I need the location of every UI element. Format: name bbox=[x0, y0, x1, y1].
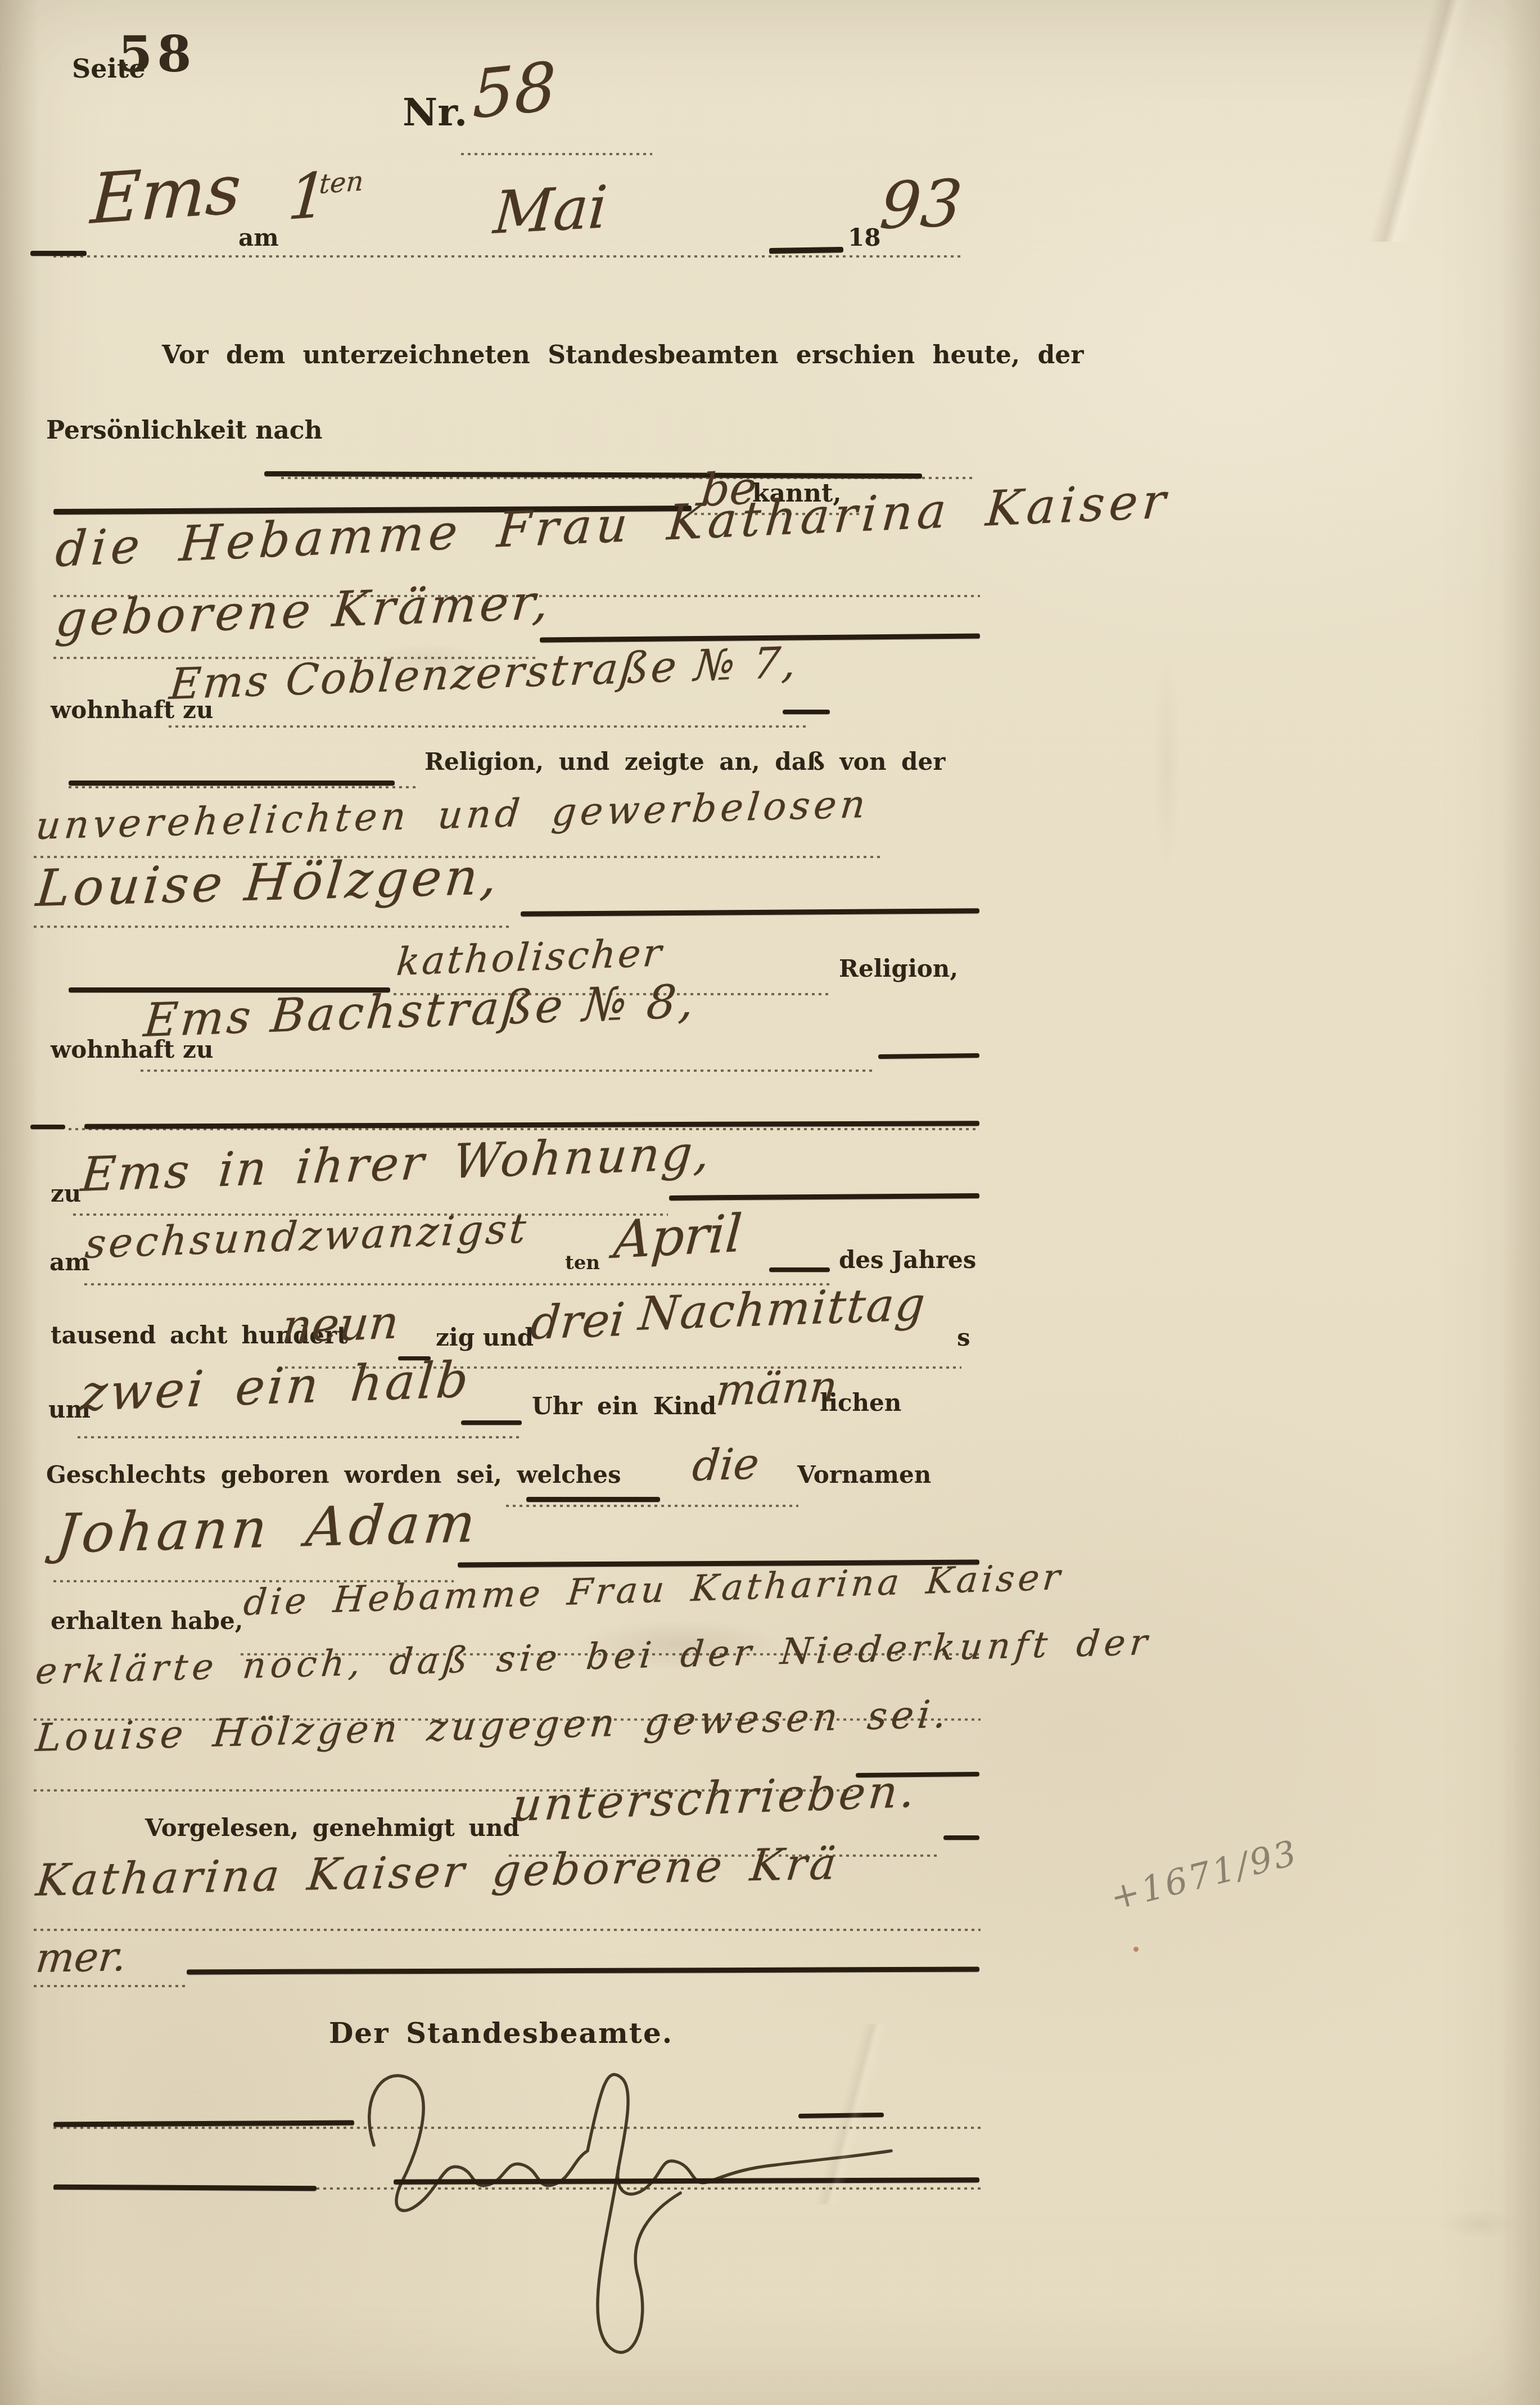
ink-stroke bbox=[521, 908, 979, 917]
ink-stroke bbox=[783, 710, 830, 714]
closing-line3: Louise Hölzgen zugegen gewesen sei. bbox=[34, 1692, 952, 1761]
dotted-leader bbox=[141, 1070, 875, 1072]
ink-stroke bbox=[30, 1125, 65, 1129]
vorgelesen-label: Vorgelesen, genehmigt und bbox=[145, 1814, 520, 1842]
dotted-leader bbox=[78, 1436, 521, 1438]
ink-stroke bbox=[526, 1497, 660, 1502]
dotted-leader bbox=[69, 786, 417, 788]
religion-label: Religion, bbox=[839, 955, 958, 982]
dateline-year: 93 bbox=[877, 165, 965, 243]
zu-label: zu bbox=[51, 1180, 81, 1207]
birth-month: April bbox=[612, 1203, 744, 1270]
page-number: 58 bbox=[118, 25, 196, 83]
lichen-label: lichen bbox=[820, 1389, 901, 1416]
ink-stroke bbox=[30, 251, 87, 256]
birth-time: zwei ein halb bbox=[79, 1350, 473, 1422]
die-hand: die bbox=[690, 1438, 761, 1491]
ink-stroke bbox=[769, 1267, 830, 1272]
paper-stain bbox=[1147, 619, 1186, 911]
paper-stain bbox=[1428, 2204, 1529, 2244]
daytime: Nachmittag bbox=[636, 1278, 928, 1341]
closing-line1: die Hebamme Frau Katharina Kaiser bbox=[242, 1556, 1065, 1624]
mother-address: Ems Bachstraße № 8, bbox=[142, 974, 699, 1048]
ink-stroke bbox=[878, 1053, 979, 1059]
intro-line1: Vor dem unterzeichneten Standesbeamten e… bbox=[162, 341, 1083, 369]
dotted-leader bbox=[53, 2127, 981, 2129]
erhalten-label: erhalten habe, bbox=[51, 1607, 243, 1635]
dotted-leader bbox=[169, 725, 810, 728]
mother-name: Louise Hölzgen, bbox=[34, 847, 503, 918]
dateline-day-suffix: ten bbox=[318, 165, 364, 200]
zig-und-label: zig und bbox=[436, 1324, 534, 1351]
year-decade: neun bbox=[280, 1296, 401, 1353]
ink-stroke bbox=[669, 1193, 979, 1201]
ten-label: ten bbox=[565, 1252, 600, 1274]
unterschrieben-hand: unterschrieben. bbox=[511, 1765, 920, 1831]
ink-stroke bbox=[53, 2185, 317, 2191]
dotted-leader bbox=[461, 153, 652, 155]
witness-signature-line2: mer. bbox=[34, 1933, 129, 1982]
standesbeamte-signature bbox=[270, 2052, 916, 2367]
record-number-label: Nr. bbox=[403, 90, 467, 135]
mother-religion: katholischer bbox=[395, 931, 665, 985]
ink-stroke bbox=[187, 1967, 979, 1975]
dateline-place: Ems bbox=[89, 148, 243, 240]
dotted-leader bbox=[506, 1505, 798, 1507]
year-unit: drei bbox=[529, 1293, 627, 1350]
dateline-century-label: 18 bbox=[848, 224, 880, 251]
dotted-leader bbox=[34, 1929, 981, 1931]
mother-status: unverehelichten und gewerbelosen bbox=[34, 782, 871, 849]
birth-place: Ems in ihrer Wohnung, bbox=[79, 1125, 714, 1202]
des-jahres-label: des Jahres bbox=[839, 1246, 976, 1274]
declarant-line2: geborene Krämer, bbox=[53, 574, 554, 648]
declarant-line1: die Hebamme Frau Katharina Kaiser bbox=[53, 473, 1172, 578]
paper-crease bbox=[1293, 0, 1540, 242]
margin-note-pencil: +1671/93 bbox=[1106, 1832, 1302, 1918]
birth-register-page: Seite 58 Nr. 58 Ems am 1 ten Mai 18 93 V… bbox=[0, 0, 1540, 2405]
intro-line2: Persönlichkeit nach bbox=[46, 416, 323, 445]
vornamen-label: Vornamen bbox=[797, 1461, 931, 1488]
child-name: Johann Adam bbox=[53, 1491, 482, 1565]
s-label: s bbox=[957, 1324, 970, 1351]
ink-stroke bbox=[943, 1835, 979, 1840]
religion-sentence: Religion, und zeigte an, daß von der bbox=[424, 748, 945, 775]
dotted-leader bbox=[34, 926, 513, 928]
witness-signature-line1: Katharina Kaiser geborene Krä bbox=[34, 1839, 841, 1906]
dotted-leader bbox=[34, 1985, 187, 1987]
uhr-label: Uhr ein Kind bbox=[532, 1392, 716, 1420]
dotted-leader bbox=[53, 255, 964, 258]
ink-stroke bbox=[769, 247, 843, 254]
declarant-address: Ems Coblenzerstraße № 7, bbox=[168, 637, 801, 709]
dateline-am-label: am bbox=[238, 224, 279, 251]
ink-stroke bbox=[461, 1420, 522, 1425]
geschlechts-label: Geschlechts geboren worden sei, welches bbox=[46, 1461, 621, 1488]
record-number-value: 58 bbox=[472, 47, 556, 134]
dateline-month: Mai bbox=[491, 173, 609, 247]
standesbeamte-label: Der Standesbeamte. bbox=[329, 2016, 673, 2050]
dotted-leader bbox=[281, 477, 973, 479]
paper-speck bbox=[1133, 1947, 1139, 1952]
ink-stroke bbox=[69, 780, 395, 786]
